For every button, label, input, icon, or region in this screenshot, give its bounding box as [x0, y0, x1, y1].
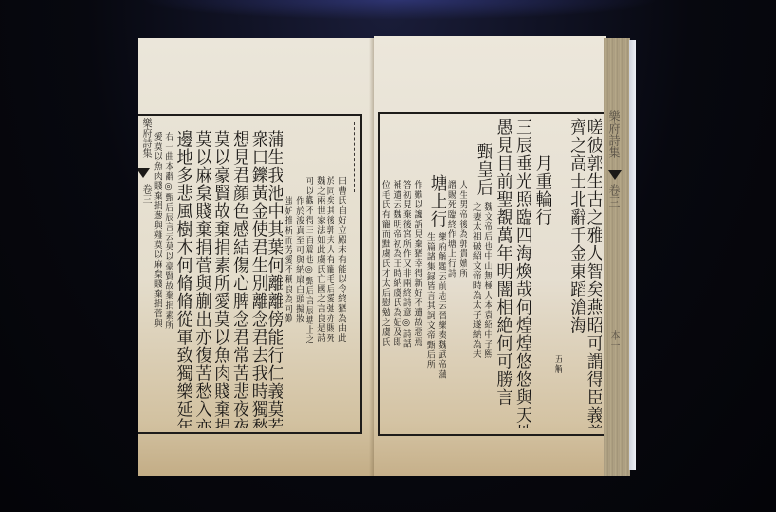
note-column: 補遺云魏明帝初為王時納虞氏為妃及即 位毛氏有寵而黜虞氏才太后慰勉之虞氏: [380, 114, 401, 430]
poem-line: 衆口鑠黃金使君生別離念君去我時獨愁常苦悲: [251, 116, 267, 428]
poem-line: 莫以豪賢故棄捐素所愛莫以魚肉賤棄捐葱與薤: [214, 116, 230, 428]
note-line: 補遺云魏明帝初為王時納虞氏為妃及即: [392, 180, 402, 430]
note-line: 樂府解題云前志云晉樂奏魏武帝蒲: [437, 232, 447, 379]
note-column: 魏之兩世家法如此虞氏亡國之言良是詩 可以觀不得三百篇也◎甄后言辰塘上之: [304, 116, 325, 428]
note-line: 之妻太祖破紹文帝時為太子遂納為夫: [471, 202, 481, 359]
poem-line: 蒲生我池中其葉何離離傍能行仁義莫若妾自知: [267, 116, 283, 428]
background-glow: [140, 0, 660, 20]
blank-column: [346, 116, 360, 428]
note-line: 魏之兩世家法如此虞氏亡國之言良是詩: [315, 176, 325, 428]
poem-line: 愚見目前聖覩萬年明闇相絶何可勝言: [495, 114, 512, 428]
book-edge-highlight: [629, 40, 636, 470]
right-text-columns: 嗟彼郭生古之雅人智矣燕昭可謂得臣義義仲連 齊之高士北辭千金東蹈滄海 五解 月重輪…: [380, 114, 602, 430]
note-line: 譖賜死臨終作塘上行詩: [446, 180, 456, 430]
left-text-columns: 曰曹氏自好立殿未有能以令終猶為由此 於同矣其後郭夫人有寵毛后愛弛亦賜死 魏之兩世…: [152, 116, 360, 428]
note-line: 作於浚真至可與納扇白頭擬妝: [294, 196, 304, 428]
poem-line: 邊地多悲風樹木何脩脩從軍致獨樂延年壽千秋: [176, 116, 192, 428]
note-line: 作歎以讒訴見棄猶幸得新好不遺故惡焉: [413, 180, 423, 430]
book-fore-edge: [604, 38, 630, 476]
note-line: 蚩妒推析而芳愛不稱良為可歎: [283, 196, 293, 428]
right-margin-volume: 卷三: [606, 184, 623, 208]
note-line: 人生男帝後為郭貴嬪所: [458, 180, 468, 430]
note-line: 右一曲本辭◎甄后辰言云莫以豪賢故棄捐素所: [164, 132, 174, 428]
author-heading: 甄皇后 魏文帝后也中山無極人本袁紹中子熙 之妻太祖破紹文帝時為太子遂納為夫: [470, 114, 492, 430]
note-column: 曰曹氏自好立殿未有能以令終猶為由此 於同矣其後郭夫人有寵毛后愛弛亦賜死: [325, 116, 346, 428]
note-line: 曰曹氏自好立殿未有能以令終猶為由此: [336, 176, 346, 428]
stanza-note: 五解: [553, 354, 563, 374]
poem-title: 月重輪行: [534, 114, 551, 424]
right-margin-title: 樂府詩集: [606, 110, 623, 158]
poem-line: 莫以麻枲賤棄捐菅與蒯出亦復苦愁入亦復苦愁: [195, 116, 211, 428]
note-column: 右一曲本辭◎甄后辰言云莫以豪賢故棄捐素所 愛莫以魚肉賤棄捐葱與薤莫以麻枲賤棄捐菅…: [152, 116, 173, 428]
poem-line: 想見君顔色感結傷心脾念君常苦悲夜夜不能寐: [232, 116, 248, 428]
title-note: 樂府解題云前志云晉樂奏魏武帝蒲 生篇諸集録皆言其詞文帝甄后所: [424, 232, 446, 379]
poem-title-heading: 塘上行 樂府解題云前志云晉樂奏魏武帝蒲 生篇諸集録皆言其詞文帝甄后所: [424, 114, 446, 430]
note-column: 人生男帝後為郭貴嬪所 譖賜死臨終作塘上行詩: [446, 114, 467, 430]
stanza-note-group: 五解: [553, 114, 563, 430]
note-line: 可以觀不得三百篇也◎甄后言辰塘上之: [304, 176, 314, 428]
note-line: 於同矣其後郭夫人有寵毛后愛弛亦賜死: [325, 176, 335, 428]
note-column: 作於浚真至可與納扇白頭擬妝 蚩妒推析而芳愛不稱良為可歎: [283, 116, 304, 428]
note-line: 愛莫以魚肉賤棄捐葱與薤莫以麻枲賤棄捐菅與: [152, 132, 162, 428]
left-margin-title: 樂府詩集: [138, 118, 153, 158]
right-page: 嗟彼郭生古之雅人智矣燕昭可謂得臣義義仲連 齊之高士北辭千金東蹈滄海 五解 月重輪…: [374, 36, 606, 476]
author-note: 魏文帝后也中山無極人本袁紹中子熙 之妻太祖破紹文帝時為太子遂納為夫: [470, 202, 492, 359]
left-page: 樂府詩集 卷三 曰曹氏自好立殿未有能以令終猶為由此 於同矣其後郭夫人有寵毛后愛弛…: [138, 38, 374, 476]
dashed-rule: [354, 122, 356, 192]
poem-title: 塘上行: [426, 114, 446, 232]
left-margin-volume: 卷三: [138, 184, 153, 204]
note-column: 作歎以讒訴見棄猶幸得新好不遺故惡焉 答初見棄後宮所作又非兩終詩意◎詩話: [401, 114, 422, 430]
author-name: 甄皇后: [472, 114, 492, 202]
note-line: 生篇諸集録皆言其詞文帝甄后所: [425, 232, 435, 379]
poem-line-with-note: 齊之高士北辭千金東蹈滄海: [565, 114, 585, 430]
poem-line: 三辰垂光照臨四海煥哉何煌煌悠悠與天地久長: [515, 114, 532, 428]
note-line: 答初見棄後宮所作又非兩終詩意◎詩話: [401, 180, 411, 430]
edge-annotation: 本一: [606, 330, 621, 350]
poem-line: 嗟彼郭生古之雅人智矣燕昭可謂得臣義義仲連: [585, 114, 602, 428]
note-line: 魏文帝后也中山無極人本袁紹中子熙: [483, 202, 493, 359]
note-line: 位毛氏有寵而黜虞氏才太后慰勉之虞氏: [380, 180, 390, 430]
poem-line: 齊之高士北辭千金東蹈滄海: [565, 114, 585, 358]
